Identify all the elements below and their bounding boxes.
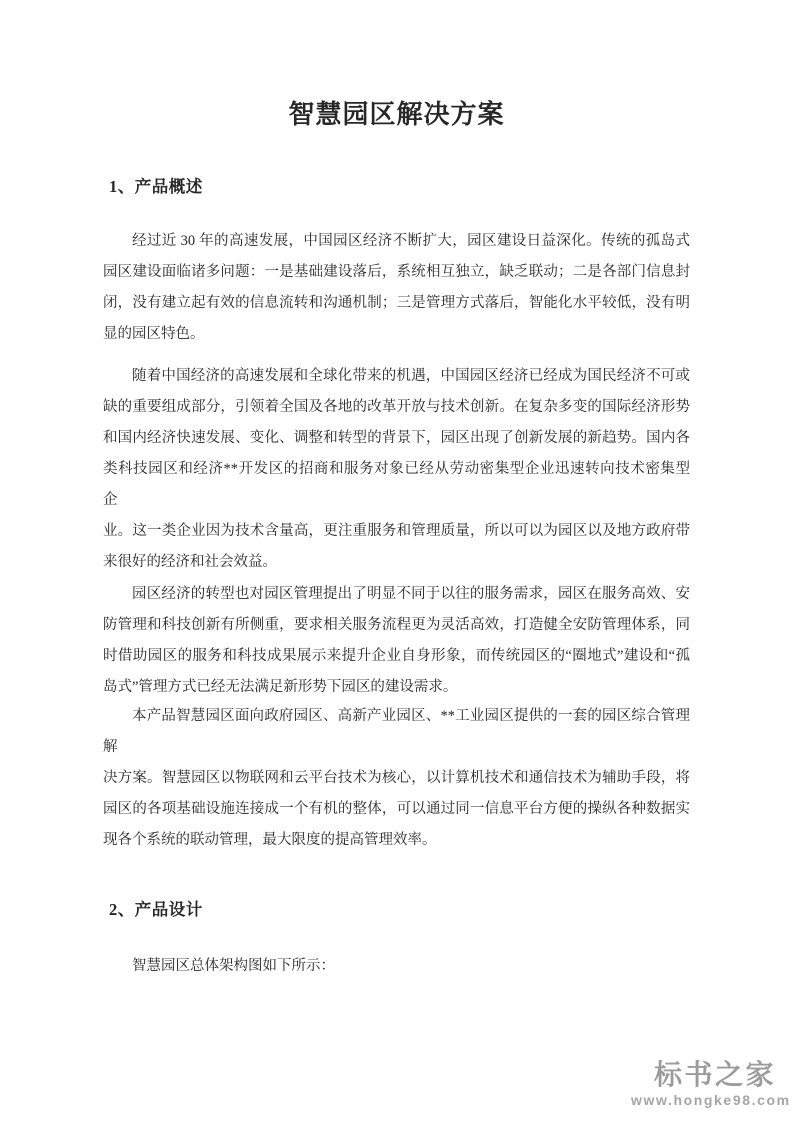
paragraph-line: 本产品智慧园区面向政府园区、高新产业园区、**工业园区提供的一套的园区综合管理 xyxy=(103,701,690,732)
paragraph-1: 经过近 30 年的高速发展，中国园区经济不断扩大，园区建设日益深化。传统的孤岛式… xyxy=(103,226,690,350)
paragraph-line: 防管理和科技创新有所侧重，要求相关服务流程更为灵活高效，打造健全安防管理体系，同 xyxy=(103,610,690,641)
paragraph-line: 来很好的经济和社会效益。 xyxy=(103,547,690,578)
paragraph-line: 和国内经济快速发展、变化、调整和转型的背景下，园区出现了创新发展的新趋势。国内各 xyxy=(103,423,690,454)
paragraph-5: 智慧园区总体架构图如下所示： xyxy=(103,951,690,982)
paragraph-line: 决方案。智慧园区以物联网和云平台技术为核心，以计算机技术和通信技术为辅助手段，将 xyxy=(103,763,690,794)
paragraph-line: 解 xyxy=(103,732,690,763)
paragraph-3: 园区经济的转型也对园区管理提出了明显不同于以往的服务需求，园区在服务高效、安 防… xyxy=(103,579,690,703)
watermark-brand: 标书之家 xyxy=(654,1059,776,1091)
watermark-url: www.hongke98.com xyxy=(631,1092,791,1108)
document-title: 智慧园区解决方案 xyxy=(103,98,690,132)
paragraph-line: 园区经济的转型也对园区管理提出了明显不同于以往的服务需求，园区在服务高效、安 xyxy=(103,579,690,610)
paragraph-line: 岛式”管理方式已经无法满足新形势下园区的建设需求。 xyxy=(103,672,690,703)
paragraph-line: 时借助园区的服务和科技成果展示来提升企业自身形象，而传统园区的“圈地式”建设和“… xyxy=(103,641,690,672)
paragraph-line: 缺的重要组成部分，引领着全国及各地的改革开放与技术创新。在复杂多变的国际经济形势 xyxy=(103,392,690,423)
document-page: 智慧园区解决方案 1、产品概述 经过近 30 年的高速发展，中国园区经济不断扩大… xyxy=(0,0,793,1122)
section-heading-2: 2、产品设计 xyxy=(103,899,690,921)
paragraph-line: 显的园区特色。 xyxy=(103,319,690,350)
paragraph-line: 智慧园区总体架构图如下所示： xyxy=(103,951,690,982)
paragraph-line: 园区的各项基础设施连接成一个有机的整体，可以通过同一信息平台方便的操纵各种数据实 xyxy=(103,794,690,825)
paragraph-line: 随着中国经济的高速发展和全球化带来的机遇，中国园区经济已经成为国民经济不可或 xyxy=(103,361,690,392)
paragraph-line: 闭，没有建立起有效的信息流转和沟通机制；三是管理方式落后，智能化水平较低，没有明 xyxy=(103,288,690,319)
paragraph-2: 随着中国经济的高速发展和全球化带来的机遇，中国园区经济已经成为国民经济不可或 缺… xyxy=(103,361,690,578)
paragraph-line: 现各个系统的联动管理，最大限度的提高管理效率。 xyxy=(103,825,690,856)
paragraph-line: 企 xyxy=(103,485,690,516)
paragraph-line: 业。这一类企业因为技术含量高，更注重服务和管理质量，所以可以为园区以及地方政府带 xyxy=(103,516,690,547)
section-heading-1: 1、产品概述 xyxy=(103,176,690,198)
paragraph-4: 本产品智慧园区面向政府园区、高新产业园区、**工业园区提供的一套的园区综合管理 … xyxy=(103,701,690,856)
paragraph-line: 园区建设面临诸多问题：一是基础建设落后，系统相互独立，缺乏联动；二是各部门信息封 xyxy=(103,257,690,288)
paragraph-line: 经过近 30 年的高速发展，中国园区经济不断扩大，园区建设日益深化。传统的孤岛式 xyxy=(103,226,690,257)
paragraph-line: 类科技园区和经济**开发区的招商和服务对象已经从劳动密集型企业迅速转向技术密集型 xyxy=(103,454,690,485)
